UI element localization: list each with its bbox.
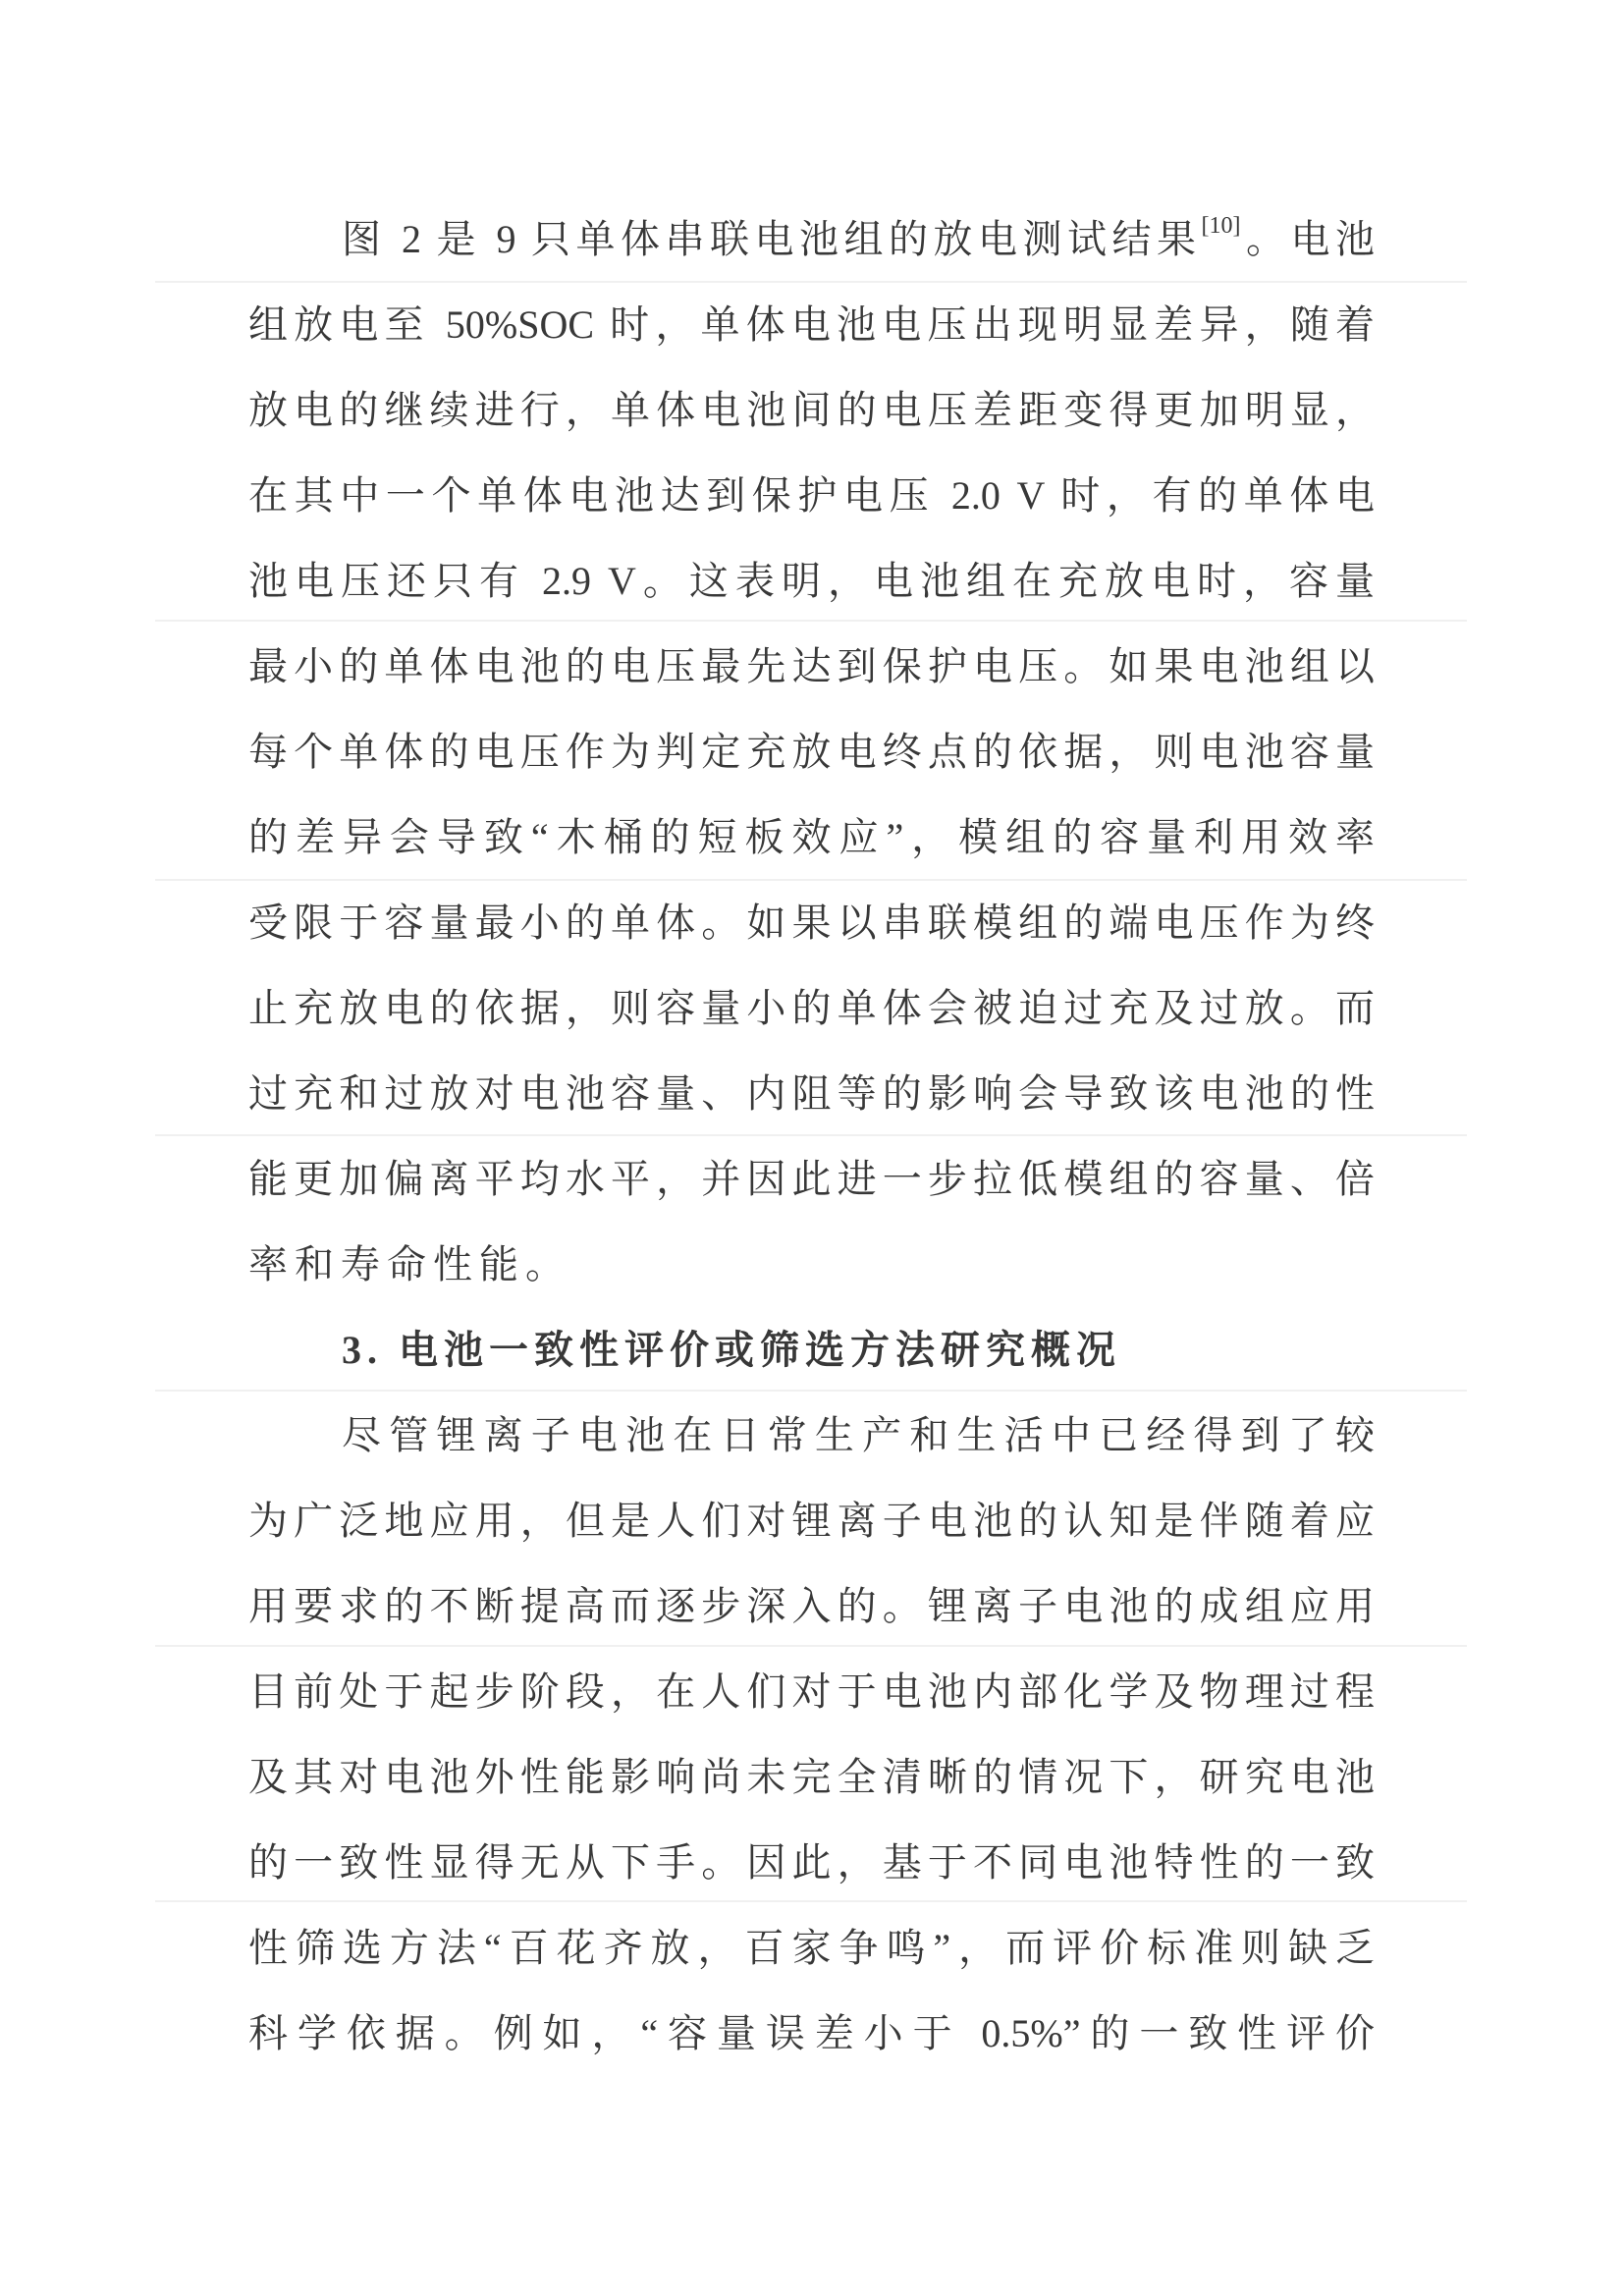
paragraph1-line-6: 最小的单体电池的电压最先达到保护电压。如果电池组以 — [248, 624, 1375, 709]
paragraph2-line-6: 的一致性显得无从下手。因此，基于不同电池特性的一致 — [248, 1820, 1375, 1905]
paragraph1-line-5: 池电压还只有 2.9 V。这表明，电池组在充放电时，容量 — [248, 538, 1375, 624]
paragraph1-line-2: 组放电至 50%SOC 时，单体电池电压出现明显差异，随着 — [248, 282, 1375, 367]
paragraph2-line-2: 为广泛地应用，但是人们对锂离子电池的认知是伴随着应 — [248, 1478, 1375, 1563]
paragraph2-line-7: 性筛选方法“百花齐放，百家争鸣”，而评价标准则缺乏 — [248, 1905, 1375, 1991]
paragraph2-line-5: 及其对电池外性能影响尚未完全清晰的情况下，研究电池 — [248, 1734, 1375, 1820]
paragraph1-line-11: 过充和过放对电池容量、内阻等的影响会导致该电池的性 — [248, 1051, 1375, 1136]
citation-ref-10: [10] — [1202, 213, 1241, 239]
paragraph1-line-7: 每个单体的电压作为判定充放电终点的依据，则电池容量 — [248, 709, 1375, 794]
section-heading: 3. 电池一致性评价或筛选方法研究概况 — [248, 1307, 1375, 1393]
paragraph2-line-1: 尽管锂离子电池在日常生产和生活中已经得到了较 — [248, 1393, 1375, 1478]
paragraph1-line-4: 在其中一个单体电池达到保护电压 2.0 V 时，有的单体电 — [248, 453, 1375, 538]
paragraph1-line-12: 能更加偏离平均水平，并因此进一步拉低模组的容量、倍 — [248, 1136, 1375, 1222]
paragraph1-line-10: 止充放电的依据，则容量小的单体会被迫过充及过放。而 — [248, 965, 1375, 1051]
document-text: 图 2 是 9 只单体串联电池组的放电测试结果[10]。电池 组放电至 50%S… — [248, 196, 1375, 2076]
paragraph1-line-3: 放电的继续进行，单体电池间的电压差距变得更加明显， — [248, 367, 1375, 453]
document-page: 图 2 是 9 只单体串联电池组的放电测试结果[10]。电池 组放电至 50%S… — [0, 0, 1623, 2296]
paragraph1-line-8: 的差异会导致“木桶的短板效应”，模组的容量利用效率 — [248, 794, 1375, 880]
paragraph1-line1-tail: 。电池 — [1241, 217, 1376, 261]
paragraph1-line-13: 率和寿命性能。 — [248, 1222, 1375, 1307]
paragraph2-line-3: 用要求的不断提高而逐步深入的。锂离子电池的成组应用 — [248, 1563, 1375, 1649]
paragraph2-line-8: 科学依据。例如，“容量误差小于 0.5%”的一致性评价 — [248, 1991, 1375, 2076]
paragraph2-line-4: 目前处于起步阶段，在人们对于电池内部化学及物理过程 — [248, 1649, 1375, 1734]
paragraph1-line-9: 受限于容量最小的单体。如果以串联模组的端电压作为终 — [248, 880, 1375, 965]
paragraph1-line1-text: 图 2 是 9 只单体串联电池组的放电测试结果 — [342, 217, 1202, 261]
paragraph1-line-1: 图 2 是 9 只单体串联电池组的放电测试结果[10]。电池 — [248, 196, 1375, 282]
